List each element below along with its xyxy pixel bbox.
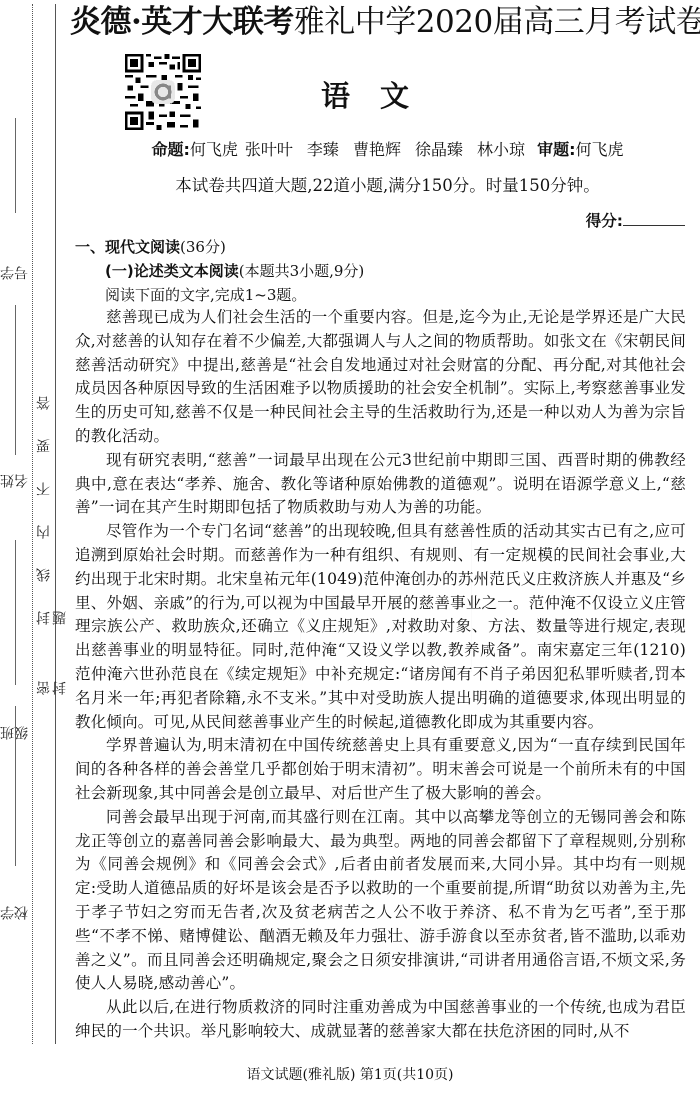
- author-name: 张叶叶: [245, 140, 293, 159]
- passage-paragraph: 尽管作为一个专门名词“慈善”的出现较晚,但具有慈善性质的活动其实古已有之,应可追…: [75, 520, 686, 734]
- exam-info: 本试卷共四道大题,22道小题,满分150分。时量150分钟。: [75, 172, 700, 196]
- section-title: 一、现代文阅读: [75, 238, 180, 256]
- reading-passage: 慈善现已成为人们社会生活的一个重要内容。但是,迄今为止,无论是学界还是广大民众,…: [75, 306, 686, 1044]
- class-blank: [15, 540, 16, 685]
- author-name: 徐晶臻: [415, 140, 463, 159]
- passage-paragraph: 现有研究表明,“慈善”一词最早出现在公元3世纪前中期即三国、西晋时期的佛教经典中…: [75, 449, 686, 520]
- author-name: 林小琼: [477, 140, 525, 159]
- passage-paragraph: 慈善现已成为人们社会生活的一个重要内容。但是,迄今为止,无论是学界还是广大民众,…: [75, 306, 686, 449]
- subsection-points: (本题共3小题,9分): [239, 262, 365, 280]
- section-points: (36分): [180, 238, 226, 256]
- passage-paragraph: 从此以后,在进行物质救济的同时注重劝善成为中国慈善事业的一个传统,也成为君臣绅民…: [75, 996, 686, 1044]
- section-heading: 一、现代文阅读(36分): [75, 236, 226, 257]
- score-label: 得分:: [586, 212, 623, 230]
- seal-dotted-line: [32, 4, 33, 1044]
- authors-line: 命题:何飞虎张叶叶李臻曹艳辉徐晶臻林小琼 审题:何飞虎: [75, 137, 700, 160]
- author-name: 何飞虎: [190, 140, 238, 159]
- subsection-heading: (一)论述类文本阅读(本题共3小题,9分): [105, 260, 364, 281]
- reviewer-label: 审题:: [537, 140, 575, 159]
- passage-paragraph: 学界普遍认为,明末清初在中国传统慈善史上具有重要意义,因为“一直存续到民国年间的…: [75, 734, 686, 805]
- author-name: 曹艳辉: [353, 140, 401, 159]
- school-label: 学校: [1, 860, 29, 920]
- student-id-label: 学号: [1, 220, 29, 280]
- reading-instruction: 阅读下面的文字,完成1~3题。: [105, 284, 306, 305]
- reviewer-name: 何飞虎: [575, 140, 623, 159]
- subject-title: 语文: [0, 74, 700, 115]
- subsection-title: (一)论述类文本阅读: [105, 262, 239, 280]
- student-id-blank: [15, 118, 16, 213]
- school-blank: [15, 706, 16, 866]
- passage-paragraph: 同善会最早出现于河南,而其盛行则在江南。其中以高攀龙等创立的无锡同善会和陈龙正等…: [75, 806, 686, 996]
- score-blank[interactable]: [623, 211, 685, 226]
- exam-title: 炎德·英才大联考雅礼中学2020届高三月考试卷(四): [70, 2, 700, 42]
- name-label: 姓名: [1, 428, 29, 488]
- exam-brand: 炎德·英才大联考: [70, 4, 294, 40]
- seal-notice: 封线内不要答题: [36, 325, 68, 625]
- authors-label: 命题:: [151, 140, 189, 159]
- author-name: 李臻: [307, 140, 339, 159]
- seal-notice-lower: 密封: [36, 615, 68, 695]
- page-footer: 语文试题(雅礼版) 第1页(共10页): [0, 1064, 700, 1084]
- exam-name: 雅礼中学2020届高三月考试卷(四): [294, 4, 700, 40]
- score-field: 得分:: [586, 209, 685, 231]
